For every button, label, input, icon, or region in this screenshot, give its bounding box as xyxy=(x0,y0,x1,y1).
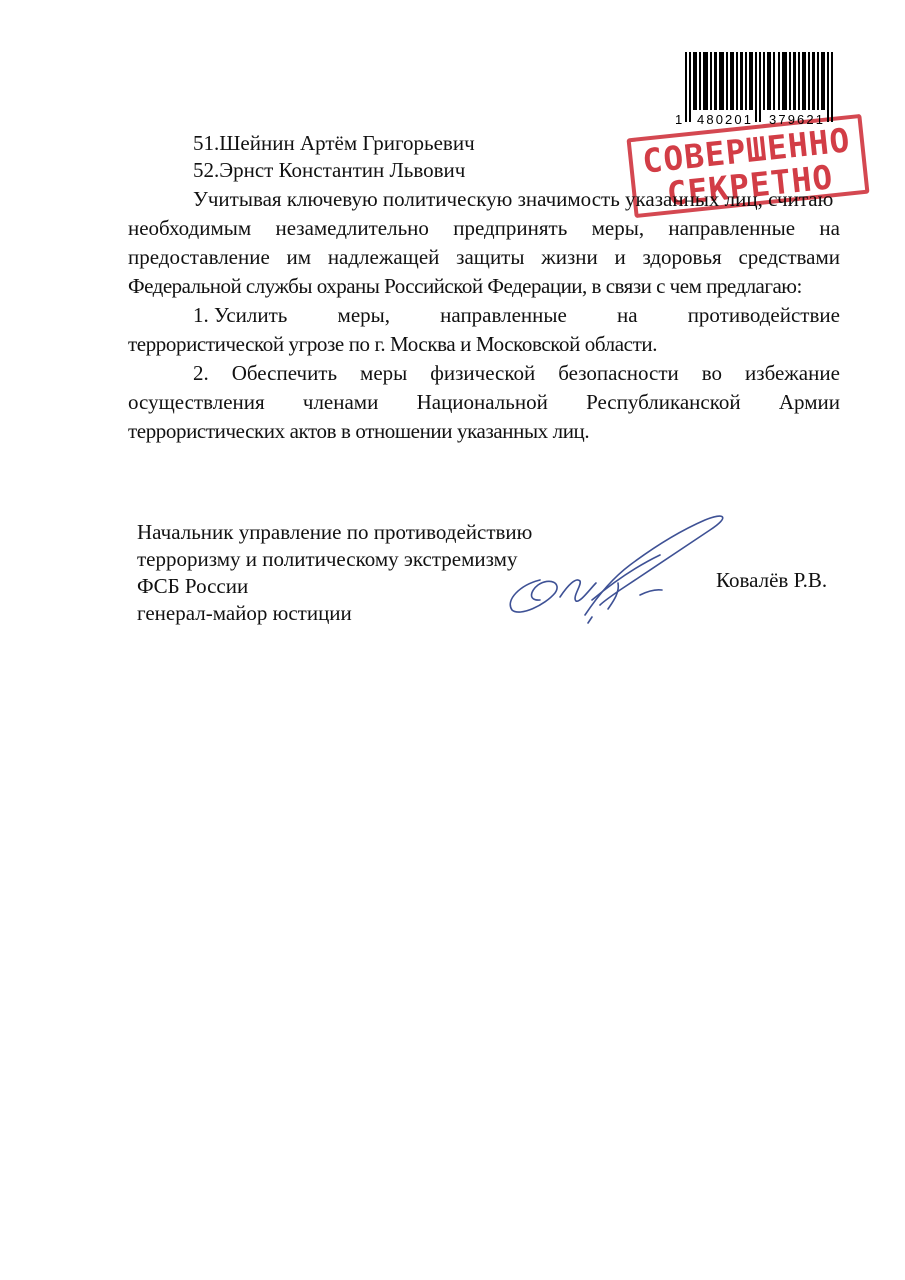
paragraph-line-3: предоставление им надлежащей защиты жизн… xyxy=(128,247,840,276)
list-item-52: 52.Эрнст Константин Львович xyxy=(193,160,465,181)
signatory-title-line-2: терроризму и политическому экстремизму xyxy=(137,546,532,573)
proposal-2-line-2: осуществления членами Национальной Респу… xyxy=(128,392,840,421)
signatory-title-line-3: ФСБ России xyxy=(137,573,532,600)
handwritten-signature-icon xyxy=(500,505,740,630)
barcode-digits-group1: 480201 xyxy=(697,112,751,127)
barcode-digit-first: 1 xyxy=(675,112,682,127)
paragraph-line-4: Федеральной службы охраны Российской Фед… xyxy=(128,276,840,305)
signatory-title-line-4: генерал-майор юстиции xyxy=(137,600,532,627)
proposal-1-line-1: 1. Усилить меры, направленные на противо… xyxy=(128,305,840,334)
list-item-51: 51.Шейнин Артём Григорьевич xyxy=(193,133,475,154)
document-page: 1 480201 379621 СОВЕРШЕННО СЕКРЕТНО 51.Ш… xyxy=(0,0,905,1280)
signatory-title: Начальник управление по противодействию … xyxy=(137,519,532,627)
signatory-title-line-1: Начальник управление по противодействию xyxy=(137,519,532,546)
proposal-2-line-1: 2. Обеспечить меры физической безопаснос… xyxy=(128,363,840,392)
proposal-1-line-2: террористической угрозе по г. Москва и М… xyxy=(128,334,840,363)
paragraph-body: необходимым незамедлительно предпринять … xyxy=(128,218,840,450)
proposal-2-line-3: террористических актов в отношении указа… xyxy=(128,421,840,450)
paragraph-line-2: необходимым незамедлительно предпринять … xyxy=(128,218,840,247)
